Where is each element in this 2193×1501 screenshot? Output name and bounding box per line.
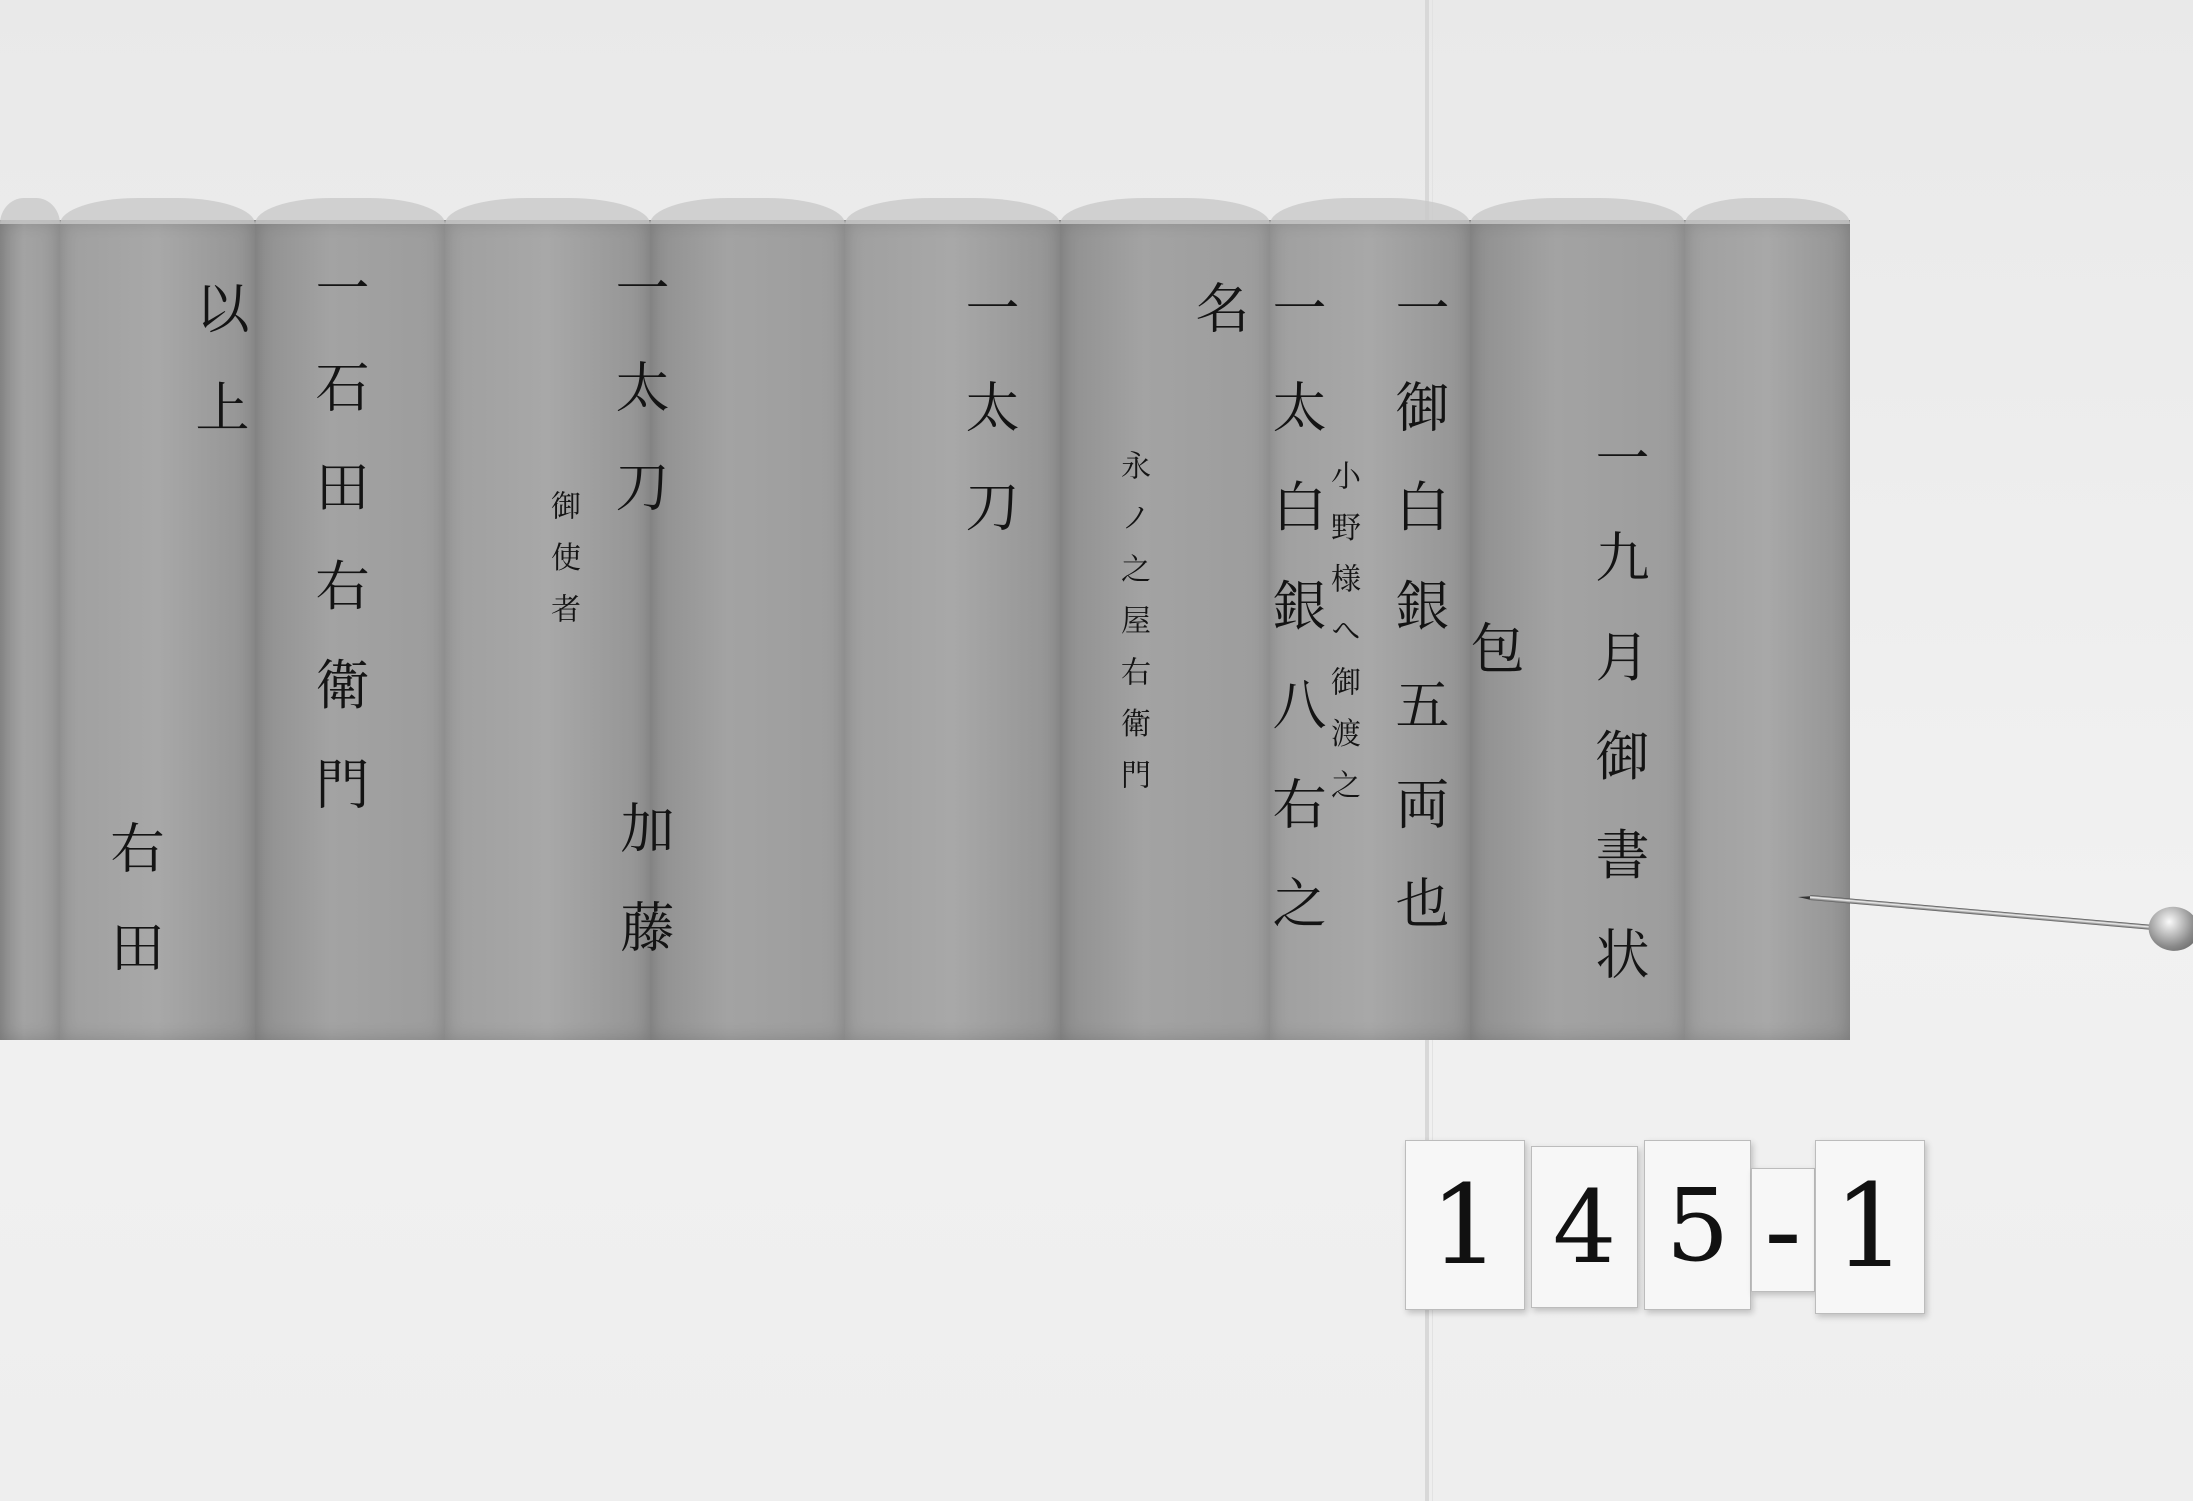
script-column: 御 使 者 [540,490,584,629]
script-column: 一 太 刀 [950,280,1027,546]
label-card: 1 [1405,1140,1525,1310]
manuscript-panel [0,220,60,1040]
label-card: 4 [1531,1146,1638,1308]
label-card: 1 [1815,1140,1925,1314]
folded-manuscript: 一 九 月 御 書 状 包 一 御 白 銀 五 両 也 小 野 様 へ 御 渡 … [0,220,1850,1040]
script-column: 一 石 田 右 衛 門 [300,260,377,824]
manuscript-panel [1685,220,1850,1040]
script-column: 一 太 刀 [600,260,677,526]
script-column: 一 九 月 御 書 状 [1580,430,1657,994]
label-card: 5 [1644,1140,1751,1310]
script-column: 加 藤 [605,800,682,967]
catalog-label: 1 4 5 - 1 [1405,1140,1925,1315]
script-column: 包 [1455,620,1532,688]
script-column: 以 上 [180,280,257,447]
script-column: 永 ノ 之 屋 右 衛 門 [1110,450,1154,795]
label-card: - [1751,1168,1815,1292]
script-column: 一 太 白 銀 八 右 之 名 [1180,280,1334,1040]
script-column: 一 御 白 銀 五 両 也 [1380,280,1457,943]
script-column: 右 田 [95,820,172,987]
